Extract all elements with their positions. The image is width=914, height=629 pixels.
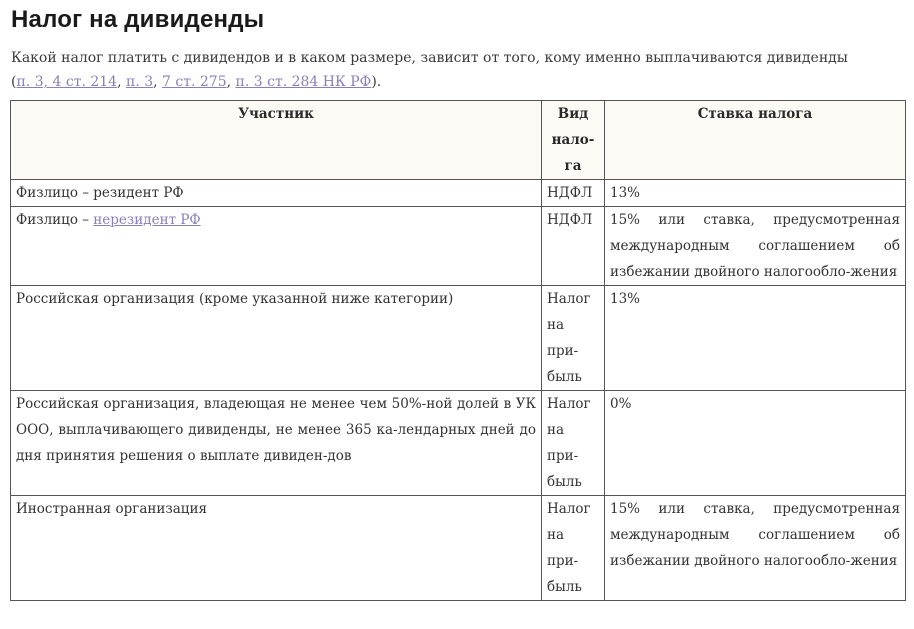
table-row: Иностранная организация Налогнапри-быль … [11,496,906,601]
separator: , [117,74,126,90]
participant-cell: Физлицо – нерезидент РФ [11,207,542,286]
separator: , [153,74,162,90]
tax-type-cell: Налогнапри-быль [542,391,605,496]
rate-cell: 13% [605,180,906,207]
close-paren: ). [371,74,381,90]
tax-type-cell: НДФЛ [542,207,605,286]
rate-cell: 13% [605,286,906,391]
table-row: Российская организация, владеющая не мен… [11,391,906,496]
separator: , [227,74,236,90]
header-rate: Ставка налога [605,101,906,180]
dividend-tax-table: Участник Виднало-га Ставка налога Физлиц… [10,100,906,601]
table-row: Физлицо – нерезидент РФ НДФЛ 15% или ста… [11,207,906,286]
intro-paragraph: Какой налог платить с дивидендов и в как… [11,46,911,94]
tax-type-cell: НДФЛ [542,180,605,207]
rate-cell: 15% или ставка, предусмотренная междунар… [605,207,906,286]
header-participant: Участник [11,101,542,180]
table-row: Российская организация (кроме указанной … [11,286,906,391]
rate-cell: 15% или ставка, предусмотренная междунар… [605,496,906,601]
participant-cell: Российская организация, владеющая не мен… [11,391,542,496]
table-header-row: Участник Виднало-га Ставка налога [11,101,906,180]
rate-cell: 0% [605,391,906,496]
tax-type-cell: Налогнапри-быль [542,496,605,601]
page-title: Налог на дивиденды [11,6,264,34]
participant-prefix: Физлицо – [16,212,93,228]
law-link-art-284[interactable]: п. 3 ст. 284 НК РФ [236,74,372,90]
participant-cell: Иностранная организация [11,496,542,601]
table-row: Физлицо – резидент РФ НДФЛ 13% [11,180,906,207]
participant-cell: Физлицо – резидент РФ [11,180,542,207]
intro-text: Какой налог платить с дивидендов и в как… [11,50,848,66]
header-tax-type: Виднало-га [542,101,605,180]
law-link-p3[interactable]: п. 3 [126,74,153,90]
participant-cell: Российская организация (кроме указанной … [11,286,542,391]
nonresident-link[interactable]: нерезидент РФ [93,212,200,228]
tax-type-cell: Налогнапри-быль [542,286,605,391]
law-link-art-275[interactable]: 7 ст. 275 [162,74,227,90]
law-link-art-214[interactable]: п. 3, 4 ст. 214 [16,74,117,90]
